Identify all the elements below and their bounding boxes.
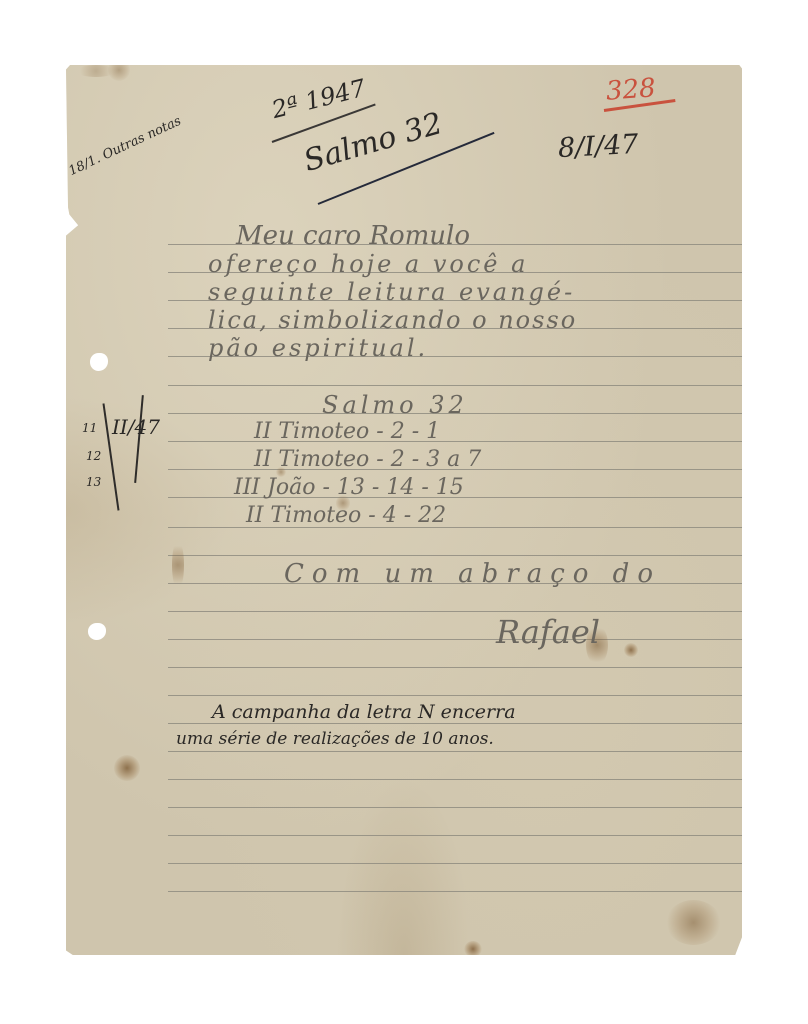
punch-hole [90, 353, 108, 371]
heading: Salmo 32 [300, 106, 446, 179]
reading-book: II Timoteo [254, 419, 369, 444]
reading-item-4: II Timoteo - 4 - 22 [246, 503, 446, 528]
date-label: 8/I/47 [557, 129, 639, 164]
ruled-line [168, 723, 742, 724]
body-line-4: pão espiritual. [208, 334, 428, 362]
stain [172, 540, 184, 590]
ruled-line [168, 695, 742, 696]
reading-book: III João [234, 475, 316, 500]
letter-paper: 328 2ª 1947 Salmo 32 8/I/47 a 18/1. Outr… [66, 65, 742, 955]
ruled-line [168, 751, 742, 752]
side-day: 11 [82, 421, 97, 435]
reading-reference: - 4 - 22 [368, 503, 446, 528]
reading-reference: - 13 - 14 - 15 [323, 475, 464, 500]
reading-item-1: II Timoteo - 2 - 1 [254, 419, 440, 444]
stain [624, 643, 638, 657]
postscript-line-1: A campanha da letra N encerra [212, 701, 516, 723]
postscript-line-2: uma série de realizações de 10 anos. [176, 729, 494, 749]
side-date: II/47 [112, 415, 160, 439]
margin-note: a 18/1. Outras notas [56, 114, 184, 184]
side-day: 12 [86, 449, 101, 463]
reading-book: II Timoteo [254, 447, 369, 472]
stain [666, 900, 721, 945]
reading-reference: - 2 - 3 a 7 [376, 447, 481, 472]
readings-title: Salmo 32 [322, 391, 468, 419]
body-line-3: lica, simbolizando o nosso [208, 306, 577, 334]
side-day: 13 [86, 475, 101, 489]
body-line-1: ofereço hoje a você a [208, 250, 528, 278]
ruled-line [168, 807, 742, 808]
ruled-line [168, 779, 742, 780]
reading-book: II Timoteo [246, 503, 361, 528]
ruled-line [168, 611, 742, 612]
signature: Rafael [496, 613, 600, 651]
ruled-line [168, 555, 742, 556]
ruled-line [168, 891, 742, 892]
reading-item-2: II Timoteo - 2 - 3 a 7 [254, 447, 481, 472]
reading-item-3: III João - 13 - 14 - 15 [234, 475, 464, 500]
greeting: Meu caro Romulo [236, 221, 470, 251]
body-line-2: seguinte leitura evangé- [208, 278, 575, 306]
reading-reference: - 2 - 1 [376, 419, 440, 444]
side-stroke [134, 395, 143, 483]
ruled-line [168, 385, 742, 386]
ruled-line [168, 835, 742, 836]
stain [464, 941, 482, 957]
punch-hole [88, 623, 106, 640]
ruled-line [168, 667, 742, 668]
ruled-line [168, 639, 742, 640]
year-label: 2ª 1947 [269, 74, 368, 124]
closing: Com um abraço do [284, 559, 661, 589]
stain [76, 65, 116, 77]
stain [114, 755, 140, 781]
ruled-line [168, 863, 742, 864]
